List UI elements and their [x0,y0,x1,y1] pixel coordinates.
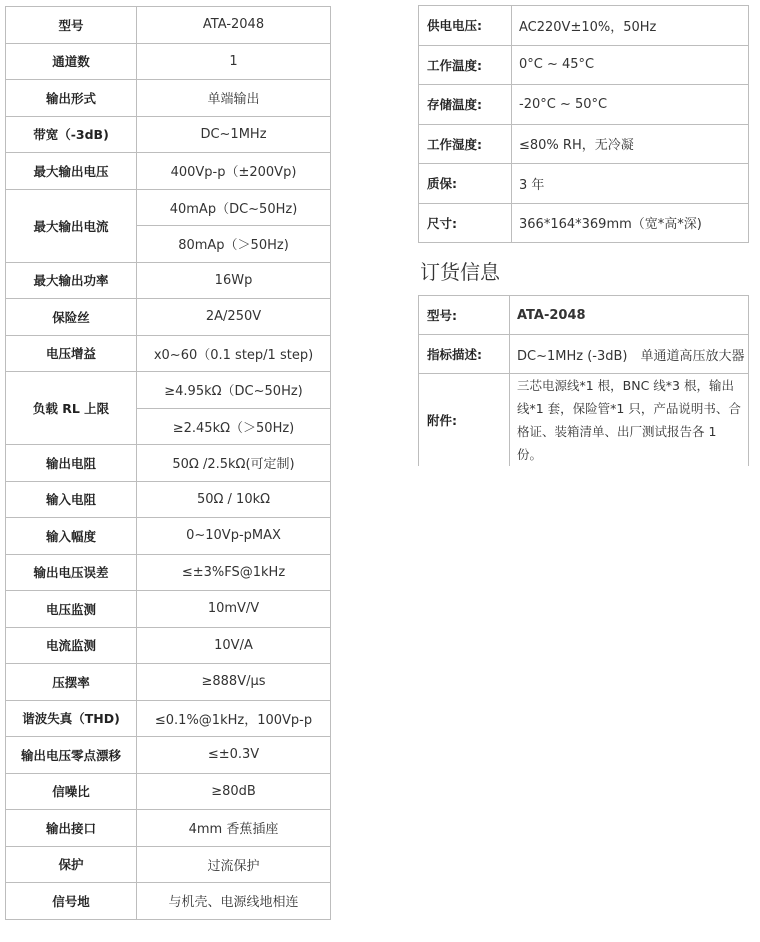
spec-value: ≤±0.3V [137,737,331,774]
env-row-warranty: 质保: 3 年 [419,164,749,204]
spec-value: 0~10Vp-pMAX [137,518,331,555]
spec-value: 1 [137,43,331,80]
spec-row: 电压增益x0~60（0.1 step/1 step) [6,335,331,372]
spec-value: x0~60（0.1 step/1 step) [137,335,331,372]
spec-row: 输入电阻50Ω / 10kΩ [6,481,331,518]
spec-row: 最大输出功率16Wp [6,262,331,299]
spec-value: ≥4.95kΩ（DC~50Hz) [137,372,331,409]
spec-value: 50Ω / 10kΩ [137,481,331,518]
spec-value: 过流保护 [137,846,331,883]
spec-value: ≥80dB [137,773,331,810]
spec-label: 通道数 [6,43,137,80]
env-value: 366*164*369mm（宽*高*深) [512,203,749,243]
spec-label: 信噪比 [6,773,137,810]
env-value: 0°C ~ 45°C [512,45,749,85]
env-value: 3 年 [512,164,749,204]
spec-label: 最大输出电压 [6,153,137,190]
spec-label: 输入幅度 [6,518,137,555]
spec-value: 400Vp-p（±200Vp) [137,153,331,190]
spec-value: ATA-2048 [137,7,331,44]
env-label: 尺寸: [419,203,512,243]
spec-label: 电流监测 [6,627,137,664]
spec-value: 10mV/V [137,591,331,628]
spec-value: ≥888V/μs [137,664,331,701]
spec-label: 谐波失真（THD) [6,700,137,737]
spec-label: 压摆率 [6,664,137,701]
spec-row: 输出电阻50Ω /2.5kΩ(可定制) [6,445,331,482]
spec-row: 带宽（-3dB)DC~1MHz [6,116,331,153]
spec-row: 负载 RL 上限≥4.95kΩ（DC~50Hz) [6,372,331,409]
env-label: 存储温度: [419,85,512,125]
spec-label: 输出形式 [6,80,137,117]
spec-label: 输出电压误差 [6,554,137,591]
spec-value: 2A/250V [137,299,331,336]
spec-value: 4mm 香蕉插座 [137,810,331,847]
order-row-accessories: 附件: 三芯电源线*1 根，BNC 线*3 根，输出线*1 套，保险管*1 只，… [419,374,749,467]
spec-row: 输出形式单端输出 [6,80,331,117]
environment-table: 供电电压: AC220V±10%，50Hz 工作温度: 0°C ~ 45°C 存… [418,5,749,243]
spec-value: DC~1MHz [137,116,331,153]
spec-row: 信号地与机壳、电源线地相连 [6,883,331,920]
spec-value: 16Wp [137,262,331,299]
spec-label: 型号 [6,7,137,44]
spec-row: 压摆率≥888V/μs [6,664,331,701]
order-value: 三芯电源线*1 根，BNC 线*3 根，输出线*1 套，保险管*1 只，产品说明… [510,374,749,467]
spec-value: 单端输出 [137,80,331,117]
env-row-storage-temperature: 存储温度: -20°C ~ 50°C [419,85,749,125]
spec-label: 最大输出电流 [6,189,137,262]
spec-label: 输出电阻 [6,445,137,482]
spec-label: 信号地 [6,883,137,920]
spec-row: 通道数1 [6,43,331,80]
order-info-table: 型号: ATA-2048 指标描述: DC~1MHz (-3dB) 单通道高压放… [418,295,749,466]
spec-label: 最大输出功率 [6,262,137,299]
spec-table: 型号ATA-2048通道数1输出形式单端输出带宽（-3dB)DC~1MHz最大输… [5,6,331,920]
spec-row: 信噪比≥80dB [6,773,331,810]
spec-label: 输出电压零点漂移 [6,737,137,774]
spec-row: 输出电压误差≤±3%FS@1kHz [6,554,331,591]
spec-value: 10V/A [137,627,331,664]
env-label: 质保: [419,164,512,204]
spec-value: ≥2.45kΩ（＞50Hz) [137,408,331,445]
spec-label: 输出接口 [6,810,137,847]
spec-row: 电流监测10V/A [6,627,331,664]
spec-row: 最大输出电压400Vp-p（±200Vp) [6,153,331,190]
env-row-power-supply: 供电电压: AC220V±10%，50Hz [419,6,749,46]
order-label: 指标描述: [419,335,510,374]
spec-label: 带宽（-3dB) [6,116,137,153]
spec-row: 保护过流保护 [6,846,331,883]
spec-row: 型号ATA-2048 [6,7,331,44]
env-value: ≤80% RH，无冷凝 [512,124,749,164]
env-value: AC220V±10%，50Hz [512,6,749,46]
spec-value: 与机壳、电源线地相连 [137,883,331,920]
spec-value: 80mAp（＞50Hz) [137,226,331,263]
spec-value: 40mAp（DC~50Hz) [137,189,331,226]
spec-row: 保险丝2A/250V [6,299,331,336]
order-row-description: 指标描述: DC~1MHz (-3dB) 单通道高压放大器 [419,335,749,374]
spec-label: 保护 [6,846,137,883]
spec-value: ≤±3%FS@1kHz [137,554,331,591]
spec-label: 电压监测 [6,591,137,628]
env-label: 供电电压: [419,6,512,46]
env-row-dimensions: 尺寸: 366*164*369mm（宽*高*深) [419,203,749,243]
order-row-model: 型号: ATA-2048 [419,296,749,335]
spec-row: 输出接口4mm 香蕉插座 [6,810,331,847]
order-info-heading: 订货信息 [420,256,500,285]
order-label: 附件: [419,374,510,467]
env-label: 工作温度: [419,45,512,85]
env-label: 工作湿度: [419,124,512,164]
spec-label: 负载 RL 上限 [6,372,137,445]
env-row-humidity: 工作湿度: ≤80% RH，无冷凝 [419,124,749,164]
spec-label: 输入电阻 [6,481,137,518]
spec-row: 谐波失真（THD)≤0.1%@1kHz，100Vp-p [6,700,331,737]
env-value: -20°C ~ 50°C [512,85,749,125]
spec-row: 输入幅度0~10Vp-pMAX [6,518,331,555]
order-label: 型号: [419,296,510,335]
spec-value: ≤0.1%@1kHz，100Vp-p [137,700,331,737]
spec-value: 50Ω /2.5kΩ(可定制) [137,445,331,482]
order-value: ATA-2048 [510,296,749,335]
spec-row: 最大输出电流40mAp（DC~50Hz) [6,189,331,226]
spec-row: 电压监测10mV/V [6,591,331,628]
env-row-operating-temperature: 工作温度: 0°C ~ 45°C [419,45,749,85]
spec-row: 输出电压零点漂移≤±0.3V [6,737,331,774]
spec-label: 电压增益 [6,335,137,372]
spec-label: 保险丝 [6,299,137,336]
order-value: DC~1MHz (-3dB) 单通道高压放大器 [510,335,749,374]
